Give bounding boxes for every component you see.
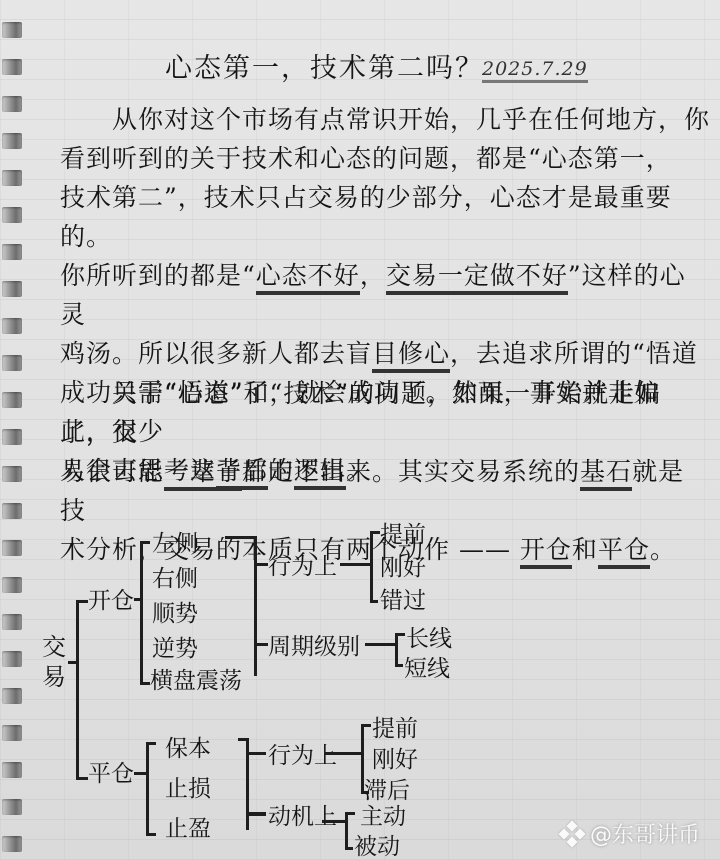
connector-line — [140, 682, 150, 685]
connector-line — [146, 742, 156, 745]
open-cycle-item: 短线 — [404, 650, 450, 683]
open-type-item: 左侧 — [152, 525, 198, 558]
open-cycle-label: 周期级别 — [268, 628, 360, 661]
close-type-item: 止盈 — [165, 810, 211, 843]
connector-line — [365, 643, 395, 646]
diamond-logo-icon — [560, 822, 584, 846]
close-initiative-item: 主动 — [360, 798, 406, 831]
bracket-line — [345, 812, 348, 850]
connector-line — [322, 820, 347, 823]
close-behavior-item: 提前 — [372, 710, 418, 743]
connector-line — [361, 724, 371, 727]
watermark: @东哥讲币 — [560, 818, 700, 849]
connector-line — [146, 833, 156, 836]
open-behavior-item: 刚好 — [380, 549, 426, 582]
connector-line — [340, 563, 370, 566]
open-type-item: 逆势 — [152, 630, 198, 663]
bracket-line — [254, 536, 257, 676]
bracket-line — [146, 742, 149, 836]
bracket-line — [370, 531, 373, 603]
connector-line — [76, 777, 88, 780]
connector-line — [370, 600, 378, 603]
connector-line — [254, 643, 268, 646]
connector-line — [345, 847, 353, 850]
open-behavior-item: 提前 — [380, 516, 426, 549]
notebook-page: 心态第一，技术第二吗？ 2025.7.29 从你对这个市场有点常识开始，几乎在任… — [0, 0, 720, 860]
connector-line — [345, 812, 355, 815]
connector-line — [140, 541, 150, 544]
open-type-item: 顺势 — [152, 595, 198, 628]
open-behavior-label: 行为上 — [268, 548, 337, 581]
connector-line — [395, 633, 405, 636]
close-initiative-item: 被动 — [354, 828, 400, 860]
open-behavior-item: 错过 — [380, 582, 426, 615]
close-behavior-item: 刚好 — [372, 741, 418, 774]
connector-line — [254, 563, 268, 566]
close-type-item: 保本 — [165, 730, 211, 763]
connector-line — [76, 600, 79, 780]
branch-open-position: 开仓 — [88, 582, 134, 615]
watermark-handle: @东哥讲币 — [590, 818, 700, 849]
close-initiative-label: 动机上 — [268, 798, 337, 831]
connector-line — [370, 531, 380, 534]
connector-line — [225, 536, 255, 539]
connector-line — [246, 752, 266, 755]
open-type-item: 横盘震荡 — [150, 662, 242, 695]
connector-line — [134, 772, 146, 775]
close-type-item: 止损 — [165, 770, 211, 803]
connector-line — [395, 664, 403, 667]
connector-line — [324, 752, 364, 755]
bracket-line — [140, 541, 143, 685]
tree-root-label: 交易 — [40, 632, 68, 692]
open-type-item: 右侧 — [152, 560, 198, 593]
connector-line — [76, 600, 88, 603]
open-cycle-item: 长线 — [406, 620, 452, 653]
connector-line — [246, 812, 266, 816]
trading-tree-diagram: 交易 开仓 左侧 右侧 顺势 逆势 横盘震荡 行为上 提前 刚好 错过 周期级别 — [0, 0, 720, 860]
bracket-line — [395, 633, 398, 667]
root-text: 交易 — [42, 633, 66, 691]
branch-close-position: 平仓 — [88, 755, 134, 788]
